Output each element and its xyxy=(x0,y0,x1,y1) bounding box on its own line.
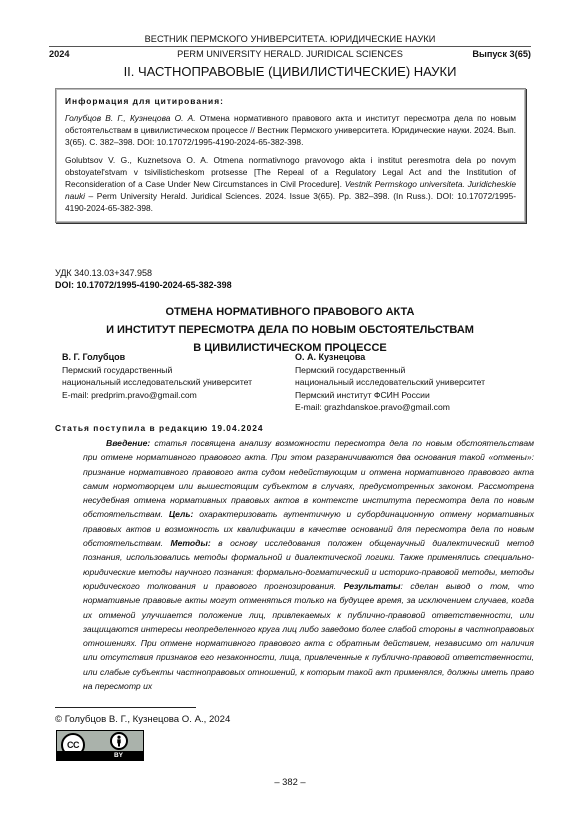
section-title: II. ЧАСТНОПРАВОВЫЕ (ЦИВИЛИСТИЧЕСКИЕ) НАУ… xyxy=(49,64,531,79)
author-affiliation: национальный исследовательский университ… xyxy=(295,376,485,389)
abstract-intro-text: статья посвящена анализу возможности пер… xyxy=(83,438,534,519)
cc-by-license-icon[interactable]: CC BY xyxy=(56,730,144,761)
abstract-goal-label: Цель: xyxy=(169,509,193,519)
abstract-intro-label: Введение: xyxy=(106,438,150,448)
abstract-results-text: : сделан вывод о том, что нормативные пр… xyxy=(83,581,534,691)
author-email[interactable]: E-mail: predprim.pravo@gmail.com xyxy=(62,389,252,402)
author-affiliation: Пермский государственный xyxy=(62,364,252,377)
doi-link[interactable]: DOI: 10.17072/1995-4190-2024-65-382-398 xyxy=(55,280,232,290)
copyright-notice: © Голубцов В. Г., Кузнецова О. А., 2024 xyxy=(55,714,230,725)
received-date: Статья поступила в редакцию 19.04.2024 xyxy=(55,423,264,433)
citation-ru-authors: Голубцов В. Г., Кузнецова О. А. xyxy=(65,113,196,123)
citation-en: Golubtsov V. G., Kuznetsova O. A. Otmena… xyxy=(65,154,516,215)
footnote-divider xyxy=(55,707,196,708)
attribution-person-icon xyxy=(110,732,128,750)
header-divider xyxy=(49,46,531,47)
journal-issue: Выпуск 3(65) xyxy=(472,49,531,59)
title-line: ОТМЕНА НОРМАТИВНОГО ПРАВОВОГО АКТА xyxy=(49,303,531,321)
page-number: – 382 – xyxy=(0,776,580,787)
abstract-results-label: Результаты xyxy=(344,581,401,591)
journal-title-ru: ВЕСТНИК ПЕРМСКОГО УНИВЕРСИТЕТА. ЮРИДИЧЕС… xyxy=(49,34,531,44)
abstract: Введение: статья посвящена анализу возмо… xyxy=(83,436,534,693)
author-affiliation: национальный исследовательский университ… xyxy=(62,376,252,389)
abstract-methods-label: Методы: xyxy=(170,538,210,548)
author-block: О. А. Кузнецова Пермский государственный… xyxy=(295,351,485,414)
license-by-label: BY xyxy=(114,751,123,760)
author-block: В. Г. Голубцов Пермский государственный … xyxy=(62,351,252,401)
author-affiliation: Пермский государственный xyxy=(295,364,485,377)
author-name: О. А. Кузнецова xyxy=(295,351,485,364)
author-name: В. Г. Голубцов xyxy=(62,351,252,364)
citation-ru: Голубцов В. Г., Кузнецова О. А. Отмена н… xyxy=(65,112,516,149)
citation-box: Информация для цитирования: Голубцов В. … xyxy=(55,88,526,223)
license-label-bar: BY xyxy=(57,751,143,760)
citation-en-text-2: – Perm University Herald. Juridical Scie… xyxy=(65,191,516,213)
journal-title-en: PERM UNIVERSITY HERALD. JURIDICAL SCIENC… xyxy=(49,49,531,59)
article-title: ОТМЕНА НОРМАТИВНОГО ПРАВОВОГО АКТА И ИНС… xyxy=(49,303,531,357)
author-affiliation: Пермский институт ФСИН России xyxy=(295,389,485,402)
citation-heading: Информация для цитирования: xyxy=(65,96,516,106)
udk-code: УДК 340.13.03+347.958 xyxy=(55,268,152,278)
title-line: И ИНСТИТУТ ПЕРЕСМОТРА ДЕЛА ПО НОВЫМ ОБСТ… xyxy=(49,321,531,339)
author-email[interactable]: E-mail: grazhdanskoe.pravo@gmail.com xyxy=(295,401,485,414)
